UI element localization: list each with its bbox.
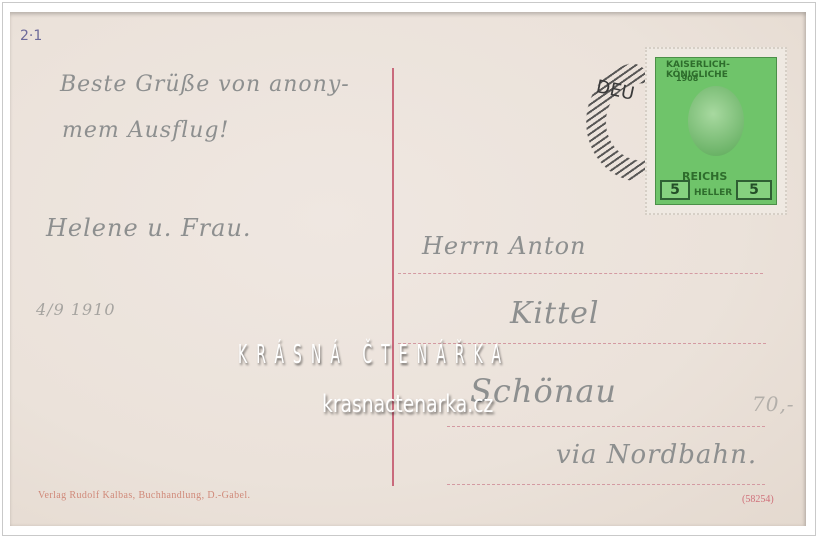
serial-number: (58254) [742, 494, 774, 505]
address-line-4 [447, 484, 765, 485]
message-date: 4/9 1910 [36, 300, 116, 319]
center-divider [392, 68, 394, 486]
stamp-value-left: 5 [660, 180, 690, 200]
message-signature: Helene u. Frau. [46, 214, 252, 242]
publisher-imprint: Verlag Rudolf Kalbas, Buchhandlung, D.-G… [38, 490, 250, 501]
emperor-portrait [688, 86, 744, 156]
stamp-denomination: HELLER [694, 188, 732, 198]
postage-stamp: KAISERLICH-KÖNIGLICHE 1908 REICHS 5 HELL… [645, 47, 787, 215]
price-note: 70,- [752, 392, 795, 416]
watermark-url: krasnactenarka.cz [322, 390, 493, 418]
stamp-year: 1908 [676, 74, 698, 83]
address-recipient: Herrn Anton [422, 232, 587, 260]
message-line-1: Beste Grüße von anony- [60, 72, 350, 97]
address-name: Kittel [510, 296, 599, 331]
stamp-face: KAISERLICH-KÖNIGLICHE 1908 REICHS 5 HELL… [655, 57, 777, 205]
address-line-1 [398, 273, 763, 274]
stamp-value-right: 5 [736, 180, 772, 200]
address-line-3 [447, 426, 765, 427]
catalog-mark: 2·1 [20, 28, 42, 44]
message-line-2: mem Ausflug! [62, 118, 229, 143]
address-via: via Nordbahn. [556, 440, 757, 470]
watermark-title: KRÁSNÁ ČTENÁŘKA [238, 340, 510, 370]
